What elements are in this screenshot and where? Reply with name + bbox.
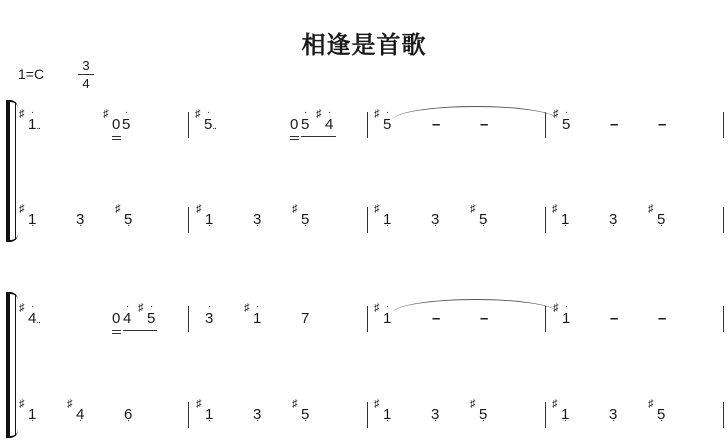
- sharp-icon: ♯: [316, 109, 322, 120]
- sharp-icon: ♯: [553, 109, 559, 120]
- note: ♯1·: [205, 407, 213, 422]
- time-signature: 3 4: [78, 58, 94, 91]
- note-digit: 5: [562, 116, 570, 133]
- sharp-icon: ♯: [103, 109, 109, 120]
- sharp-icon: ♯: [67, 399, 73, 410]
- sharp-icon: ♯: [374, 399, 380, 410]
- note-digit: 4: [123, 310, 131, 327]
- note: 3·: [609, 212, 617, 227]
- note-digit: 3: [205, 310, 213, 327]
- octave-down-dot: ·: [208, 221, 211, 231]
- augmentation-dots: ..: [36, 121, 40, 132]
- octave-down-dot: ·: [31, 416, 34, 426]
- octave-down-dot: ·: [612, 416, 615, 426]
- octave-up-dot: ·: [126, 302, 129, 312]
- barline: [545, 402, 546, 428]
- note: ♯1·: [205, 212, 213, 227]
- note: ♯5·: [479, 407, 487, 422]
- sharp-icon: ♯: [553, 303, 559, 314]
- barline: [367, 402, 368, 428]
- note-digit: 0: [290, 116, 298, 133]
- note: 7: [301, 311, 309, 326]
- octave-down-dot: ·: [660, 416, 663, 426]
- barline: [367, 306, 368, 332]
- note: ♯1·: [562, 311, 570, 326]
- sustain-dash: –: [658, 116, 666, 133]
- system-1-brace: [6, 102, 16, 240]
- sharp-icon: ♯: [374, 204, 380, 215]
- barline: [723, 207, 724, 233]
- note-digit: 5: [383, 116, 391, 133]
- note: 6·: [124, 407, 132, 422]
- note: ♯5·: [301, 407, 309, 422]
- note: 4·: [123, 311, 131, 326]
- octave-up-dot: ·: [256, 302, 259, 312]
- sharp-icon: ♯: [196, 204, 202, 215]
- note: ♯5·: [124, 212, 132, 227]
- octave-down-dot: ·: [256, 416, 259, 426]
- octave-down-dot: ·: [612, 221, 615, 231]
- note: 3·: [431, 407, 439, 422]
- note: ♯5·: [657, 407, 665, 422]
- key-signature: 1=C: [18, 66, 44, 82]
- note-digit: 1: [383, 310, 391, 327]
- note: ♯5..·: [204, 117, 216, 132]
- octave-down-dot: ·: [564, 416, 567, 426]
- beam-line: [301, 136, 336, 137]
- note: 0: [112, 311, 120, 326]
- note: 3·: [205, 311, 213, 326]
- note-digit: 0: [112, 310, 120, 327]
- octave-up-dot: ·: [208, 302, 211, 312]
- sustain-dash: –: [432, 116, 440, 133]
- sharp-icon: ♯: [115, 204, 121, 215]
- note: 3·: [253, 407, 261, 422]
- note: ♯4·: [76, 407, 84, 422]
- note: ♯1·: [28, 407, 36, 422]
- octave-up-dot: ·: [31, 108, 34, 118]
- octave-up-dot: ·: [328, 108, 331, 118]
- beam-line: [290, 139, 299, 140]
- sustain-dash: –: [480, 310, 488, 327]
- time-signature-denominator: 4: [82, 76, 89, 91]
- barline: [188, 402, 189, 428]
- octave-down-dot: ·: [482, 221, 485, 231]
- octave-up-dot: ·: [565, 302, 568, 312]
- note: ♯1·: [28, 212, 36, 227]
- sharp-icon: ♯: [552, 204, 558, 215]
- octave-down-dot: ·: [31, 221, 34, 231]
- octave-down-dot: ·: [304, 221, 307, 231]
- note: ♯1·: [383, 407, 391, 422]
- time-signature-line: [78, 74, 94, 75]
- note-digit: 5: [301, 116, 309, 133]
- octave-up-dot: ·: [125, 108, 128, 118]
- octave-down-dot: ·: [79, 221, 82, 231]
- note-digit: 7: [301, 310, 309, 327]
- sharp-icon: ♯: [19, 109, 25, 120]
- octave-up-dot: ·: [565, 108, 568, 118]
- octave-down-dot: ·: [79, 416, 82, 426]
- sharp-icon: ♯: [552, 399, 558, 410]
- barline: [188, 306, 189, 332]
- note: ♯1·: [561, 212, 569, 227]
- note: 3·: [609, 407, 617, 422]
- octave-up-dot: ·: [386, 108, 389, 118]
- sharp-icon: ♯: [196, 399, 202, 410]
- sharp-icon: ♯: [195, 109, 201, 120]
- sharp-icon: ♯: [648, 204, 654, 215]
- beam-line: [112, 139, 121, 140]
- note: ♯1·: [383, 311, 391, 326]
- barline: [367, 207, 368, 233]
- sharp-icon: ♯: [374, 303, 380, 314]
- tie-slur: [393, 299, 558, 313]
- note-digit: 1: [562, 310, 570, 327]
- sharp-icon: ♯: [374, 109, 380, 120]
- note: 5·: [301, 117, 309, 132]
- note: 3·: [431, 212, 439, 227]
- note: ♯4..·: [28, 311, 40, 326]
- octave-down-dot: ·: [256, 221, 259, 231]
- sharp-icon: ♯: [19, 204, 25, 215]
- octave-down-dot: ·: [482, 416, 485, 426]
- note: ♯1·: [561, 407, 569, 422]
- octave-down-dot: ·: [304, 416, 307, 426]
- barline: [188, 207, 189, 233]
- octave-down-dot: ·: [127, 416, 130, 426]
- octave-down-dot: ·: [434, 416, 437, 426]
- barline: [367, 112, 368, 138]
- octave-down-dot: ·: [127, 221, 130, 231]
- sharp-icon: ♯: [470, 204, 476, 215]
- octave-up-dot: ·: [207, 108, 210, 118]
- note-digit: 5: [147, 310, 155, 327]
- augmentation-dots: ..: [212, 121, 216, 132]
- octave-down-dot: ·: [208, 416, 211, 426]
- barline: [723, 402, 724, 428]
- note: 3·: [76, 212, 84, 227]
- sustain-dash: –: [610, 310, 618, 327]
- sustain-dash: –: [432, 310, 440, 327]
- octave-up-dot: ·: [304, 108, 307, 118]
- octave-up-dot: ·: [31, 302, 34, 312]
- note-digit: 5: [122, 116, 130, 133]
- note-digit: 0: [112, 116, 120, 133]
- octave-up-dot: ·: [150, 302, 153, 312]
- note: 5·: [122, 117, 130, 132]
- barline: [723, 306, 724, 332]
- note: ♯5·: [562, 117, 570, 132]
- octave-down-dot: ·: [386, 221, 389, 231]
- sharp-icon: ♯: [292, 204, 298, 215]
- note: ♯5·: [479, 212, 487, 227]
- note: ♯1·: [253, 311, 261, 326]
- note: 3·: [253, 212, 261, 227]
- octave-down-dot: ·: [386, 416, 389, 426]
- sharp-icon: ♯: [292, 399, 298, 410]
- sustain-dash: –: [610, 116, 618, 133]
- beam-line: [112, 136, 121, 137]
- note: ♯1..·: [28, 117, 40, 132]
- note: ♯5·: [383, 117, 391, 132]
- barline: [188, 112, 189, 138]
- note: ♯0: [112, 117, 120, 132]
- note: ♯5·: [657, 212, 665, 227]
- note-digit: 1: [253, 310, 261, 327]
- sharp-icon: ♯: [19, 399, 25, 410]
- sustain-dash: –: [480, 116, 488, 133]
- sharp-icon: ♯: [138, 303, 144, 314]
- note: ♯4·: [325, 117, 333, 132]
- beam-line: [112, 330, 121, 331]
- beam-line: [123, 330, 157, 331]
- note: 0: [290, 117, 298, 132]
- system-2-brace: [6, 294, 16, 436]
- sharp-icon: ♯: [19, 303, 25, 314]
- octave-down-dot: ·: [564, 221, 567, 231]
- sharp-icon: ♯: [244, 303, 250, 314]
- sharp-icon: ♯: [648, 399, 654, 410]
- octave-up-dot: ·: [386, 302, 389, 312]
- sustain-dash: –: [658, 310, 666, 327]
- note-digit: 4: [325, 116, 333, 133]
- note: ♯5·: [301, 212, 309, 227]
- sharp-icon: ♯: [470, 399, 476, 410]
- note: ♯1·: [383, 212, 391, 227]
- time-signature-numerator: 3: [82, 58, 89, 73]
- barline: [545, 207, 546, 233]
- barline: [723, 112, 724, 138]
- note: ♯5·: [147, 311, 155, 326]
- octave-down-dot: ·: [434, 221, 437, 231]
- augmentation-dots: ..: [36, 315, 40, 326]
- tie-slur: [393, 106, 558, 120]
- score-title: 相逢是首歌: [0, 25, 728, 60]
- beam-line: [290, 136, 299, 137]
- beam-line: [112, 333, 121, 334]
- octave-down-dot: ·: [660, 221, 663, 231]
